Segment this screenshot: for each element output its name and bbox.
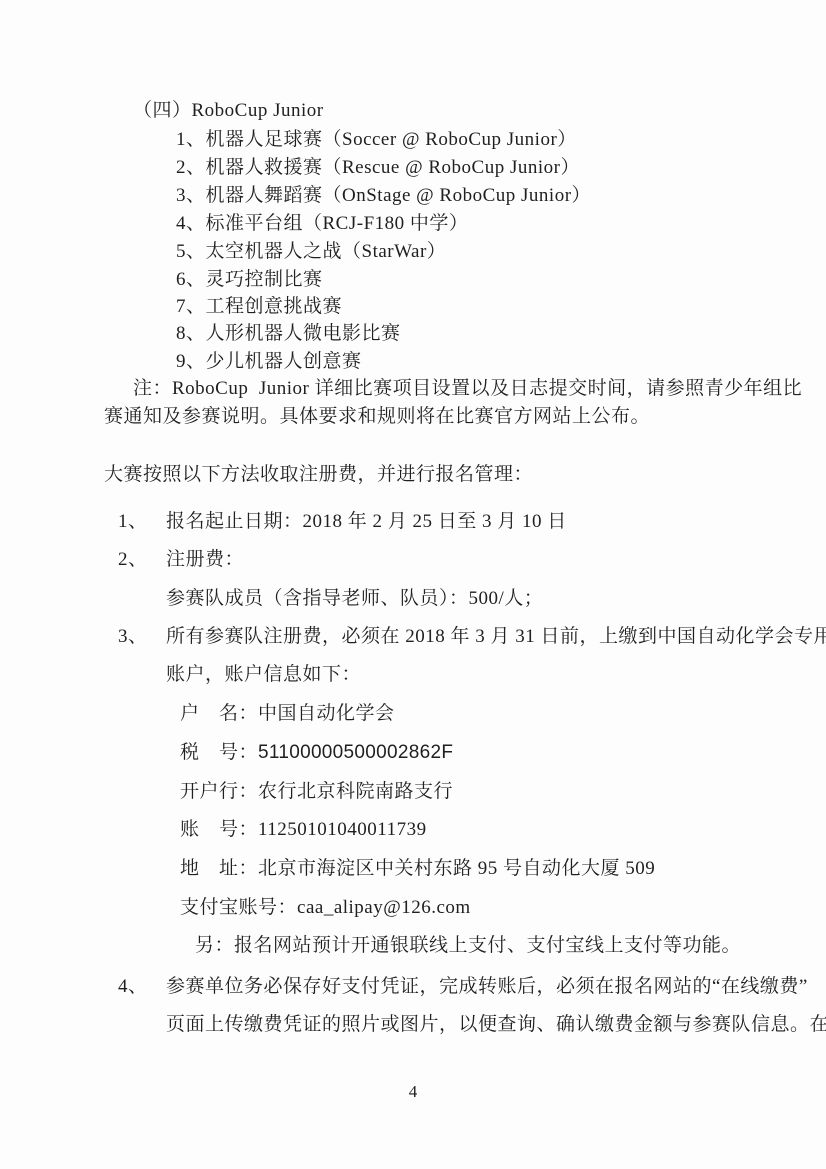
item-text: 报名起止日期：2018 年 2 月 25 日至 3 月 10 日 [166,511,567,532]
document-page: （四）RoboCup Junior 1、机器人足球赛（Soccer @ Robo… [0,0,826,1169]
item-number: 4、 [118,975,166,999]
robocup-item-7: 7、工程创意挑战赛 [176,295,342,319]
account-name-value: 中国自动化学会 [258,703,395,724]
registration-item-3-line-1: 3、所有参赛队注册费，必须在 2018 年 3 月 31 日前，上缴到中国自动化… [118,625,826,649]
account-tax-label: 税 号： [180,742,258,763]
registration-item-2-detail: 参赛队成员（含指导老师、队员）：500/人； [166,587,543,611]
section-heading: （四）RoboCup Junior [133,99,324,123]
item-number: 2、 [118,548,166,572]
robocup-item-9: 9、少儿机器人创意赛 [176,350,362,374]
account-extra-note: 另：报名网站预计开通银联线上支付、支付宝线上支付等功能。 [195,934,741,958]
item-text: 所有参赛队注册费，必须在 2018 年 3 月 31 日前，上缴到中国自动化学会… [166,626,826,647]
account-alipay-value: caa_alipay@126.com [297,897,471,918]
account-bank-value: 农行北京科院南路支行 [258,781,453,802]
robocup-item-1: 1、机器人足球赛（Soccer @ RoboCup Junior） [176,128,577,152]
account-tax-row: 税 号：51100000500002862F [180,741,453,765]
account-alipay-label: 支付宝账号： [180,897,297,918]
note-line-2: 赛通知及参赛说明。具体要求和规则将在比赛官方网站上公布。 [104,405,650,429]
note-line-1: 注：RoboCup Junior 详细比赛项目设置以及日志提交时间，请参照青少年… [133,377,802,401]
registration-item-4-line-2: 页面上传缴费凭证的照片或图片，以便查询、确认缴费金额与参赛队信息。在 [166,1013,826,1037]
robocup-item-8: 8、人形机器人微电影比赛 [176,322,401,346]
registration-item-3-line-2: 账户，账户信息如下： [166,663,361,687]
account-bank-label: 开户行： [180,781,258,802]
page-number: 4 [0,1080,826,1104]
item-number: 1、 [118,510,166,534]
account-name-label: 户 名： [180,703,258,724]
item-number: 3、 [118,625,166,649]
account-alipay-row: 支付宝账号：caa_alipay@126.com [180,896,471,920]
account-tax-value: 51100000500002862F [258,742,453,763]
account-number-row: 账 号：11250101040011739 [180,818,427,842]
registration-item-2: 2、注册费： [118,548,244,572]
account-number-label: 账 号： [180,819,258,840]
account-address-row: 地 址：北京市海淀区中关村东路 95 号自动化大厦 509 [180,857,655,881]
account-address-value: 北京市海淀区中关村东路 95 号自动化大厦 509 [258,858,655,879]
account-number-value: 11250101040011739 [258,819,427,840]
item-text: 注册费： [166,549,244,570]
robocup-item-5: 5、太空机器人之战（StarWar） [176,240,446,264]
registration-intro: 大赛按照以下方法收取注册费，并进行报名管理： [104,463,533,487]
robocup-item-4: 4、标准平台组（RCJ-F180 中学） [176,212,468,236]
account-bank-row: 开户行：农行北京科院南路支行 [180,780,453,804]
item-text: 参赛单位务必保存好支付凭证，完成转账后，必须在报名网站的“在线缴费” [166,976,808,997]
account-address-label: 地 址： [180,858,258,879]
registration-item-4-line-1: 4、参赛单位务必保存好支付凭证，完成转账后，必须在报名网站的“在线缴费” [118,975,808,999]
robocup-item-2: 2、机器人救援赛（Rescue @ RoboCup Junior） [176,156,580,180]
account-name-row: 户 名：中国自动化学会 [180,702,395,726]
registration-item-1: 1、报名起止日期：2018 年 2 月 25 日至 3 月 10 日 [118,510,567,534]
robocup-item-6: 6、灵巧控制比赛 [176,268,323,292]
robocup-item-3: 3、机器人舞蹈赛（OnStage @ RoboCup Junior） [176,184,591,208]
